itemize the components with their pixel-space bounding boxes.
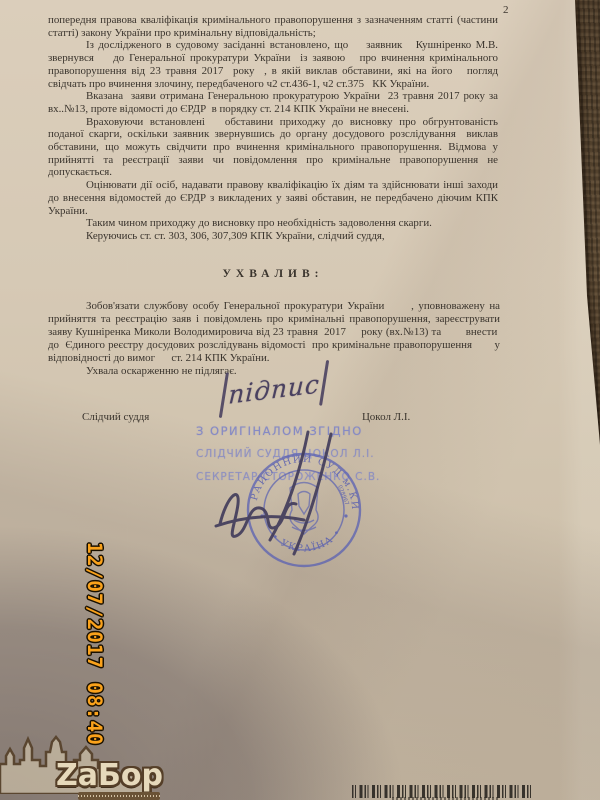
judge-role-label: Слідчий суддя <box>82 411 149 423</box>
paragraph: Вказана заяви отримана Генеральною проку… <box>48 90 498 115</box>
paragraph: Враховуючи встановлені обставини приходж… <box>48 116 498 180</box>
pen-signature-icon <box>212 428 387 573</box>
paragraph: Таким чином приходжу до висновку про нео… <box>48 217 498 230</box>
paragraph: Із дослідженого в судовому засіданні вст… <box>48 39 498 90</box>
ruling-heading: УХВАЛИВ: <box>48 268 498 280</box>
zabor-logo-ribbon <box>78 792 160 800</box>
camera-timestamp: 12/07/2017 08:40 <box>83 542 106 746</box>
paragraph: попередня правова кваліфікація криміналь… <box>48 14 498 39</box>
handwritten-word: підпис <box>228 369 321 410</box>
paragraph: Оцінювати дії осіб, надавати правову ква… <box>48 179 498 217</box>
paragraph: Зобов'язати службову особу Генеральної п… <box>48 300 500 365</box>
pen-stroke <box>319 360 329 406</box>
page-number: 2 <box>503 4 509 16</box>
zabor-watermark: ZаБор <box>0 728 175 800</box>
document-photo: 2 попередня правова кваліфікація криміна… <box>0 0 600 800</box>
judge-name: Цокол Л.І. <box>362 411 410 423</box>
zabor-logo-text: ZаБор <box>56 758 163 793</box>
paragraph: Керуючись ст. ст. 303, 306, 307,309 КПК … <box>48 230 498 243</box>
ruling-body-text: попередня правова кваліфікація криміналь… <box>48 14 498 243</box>
